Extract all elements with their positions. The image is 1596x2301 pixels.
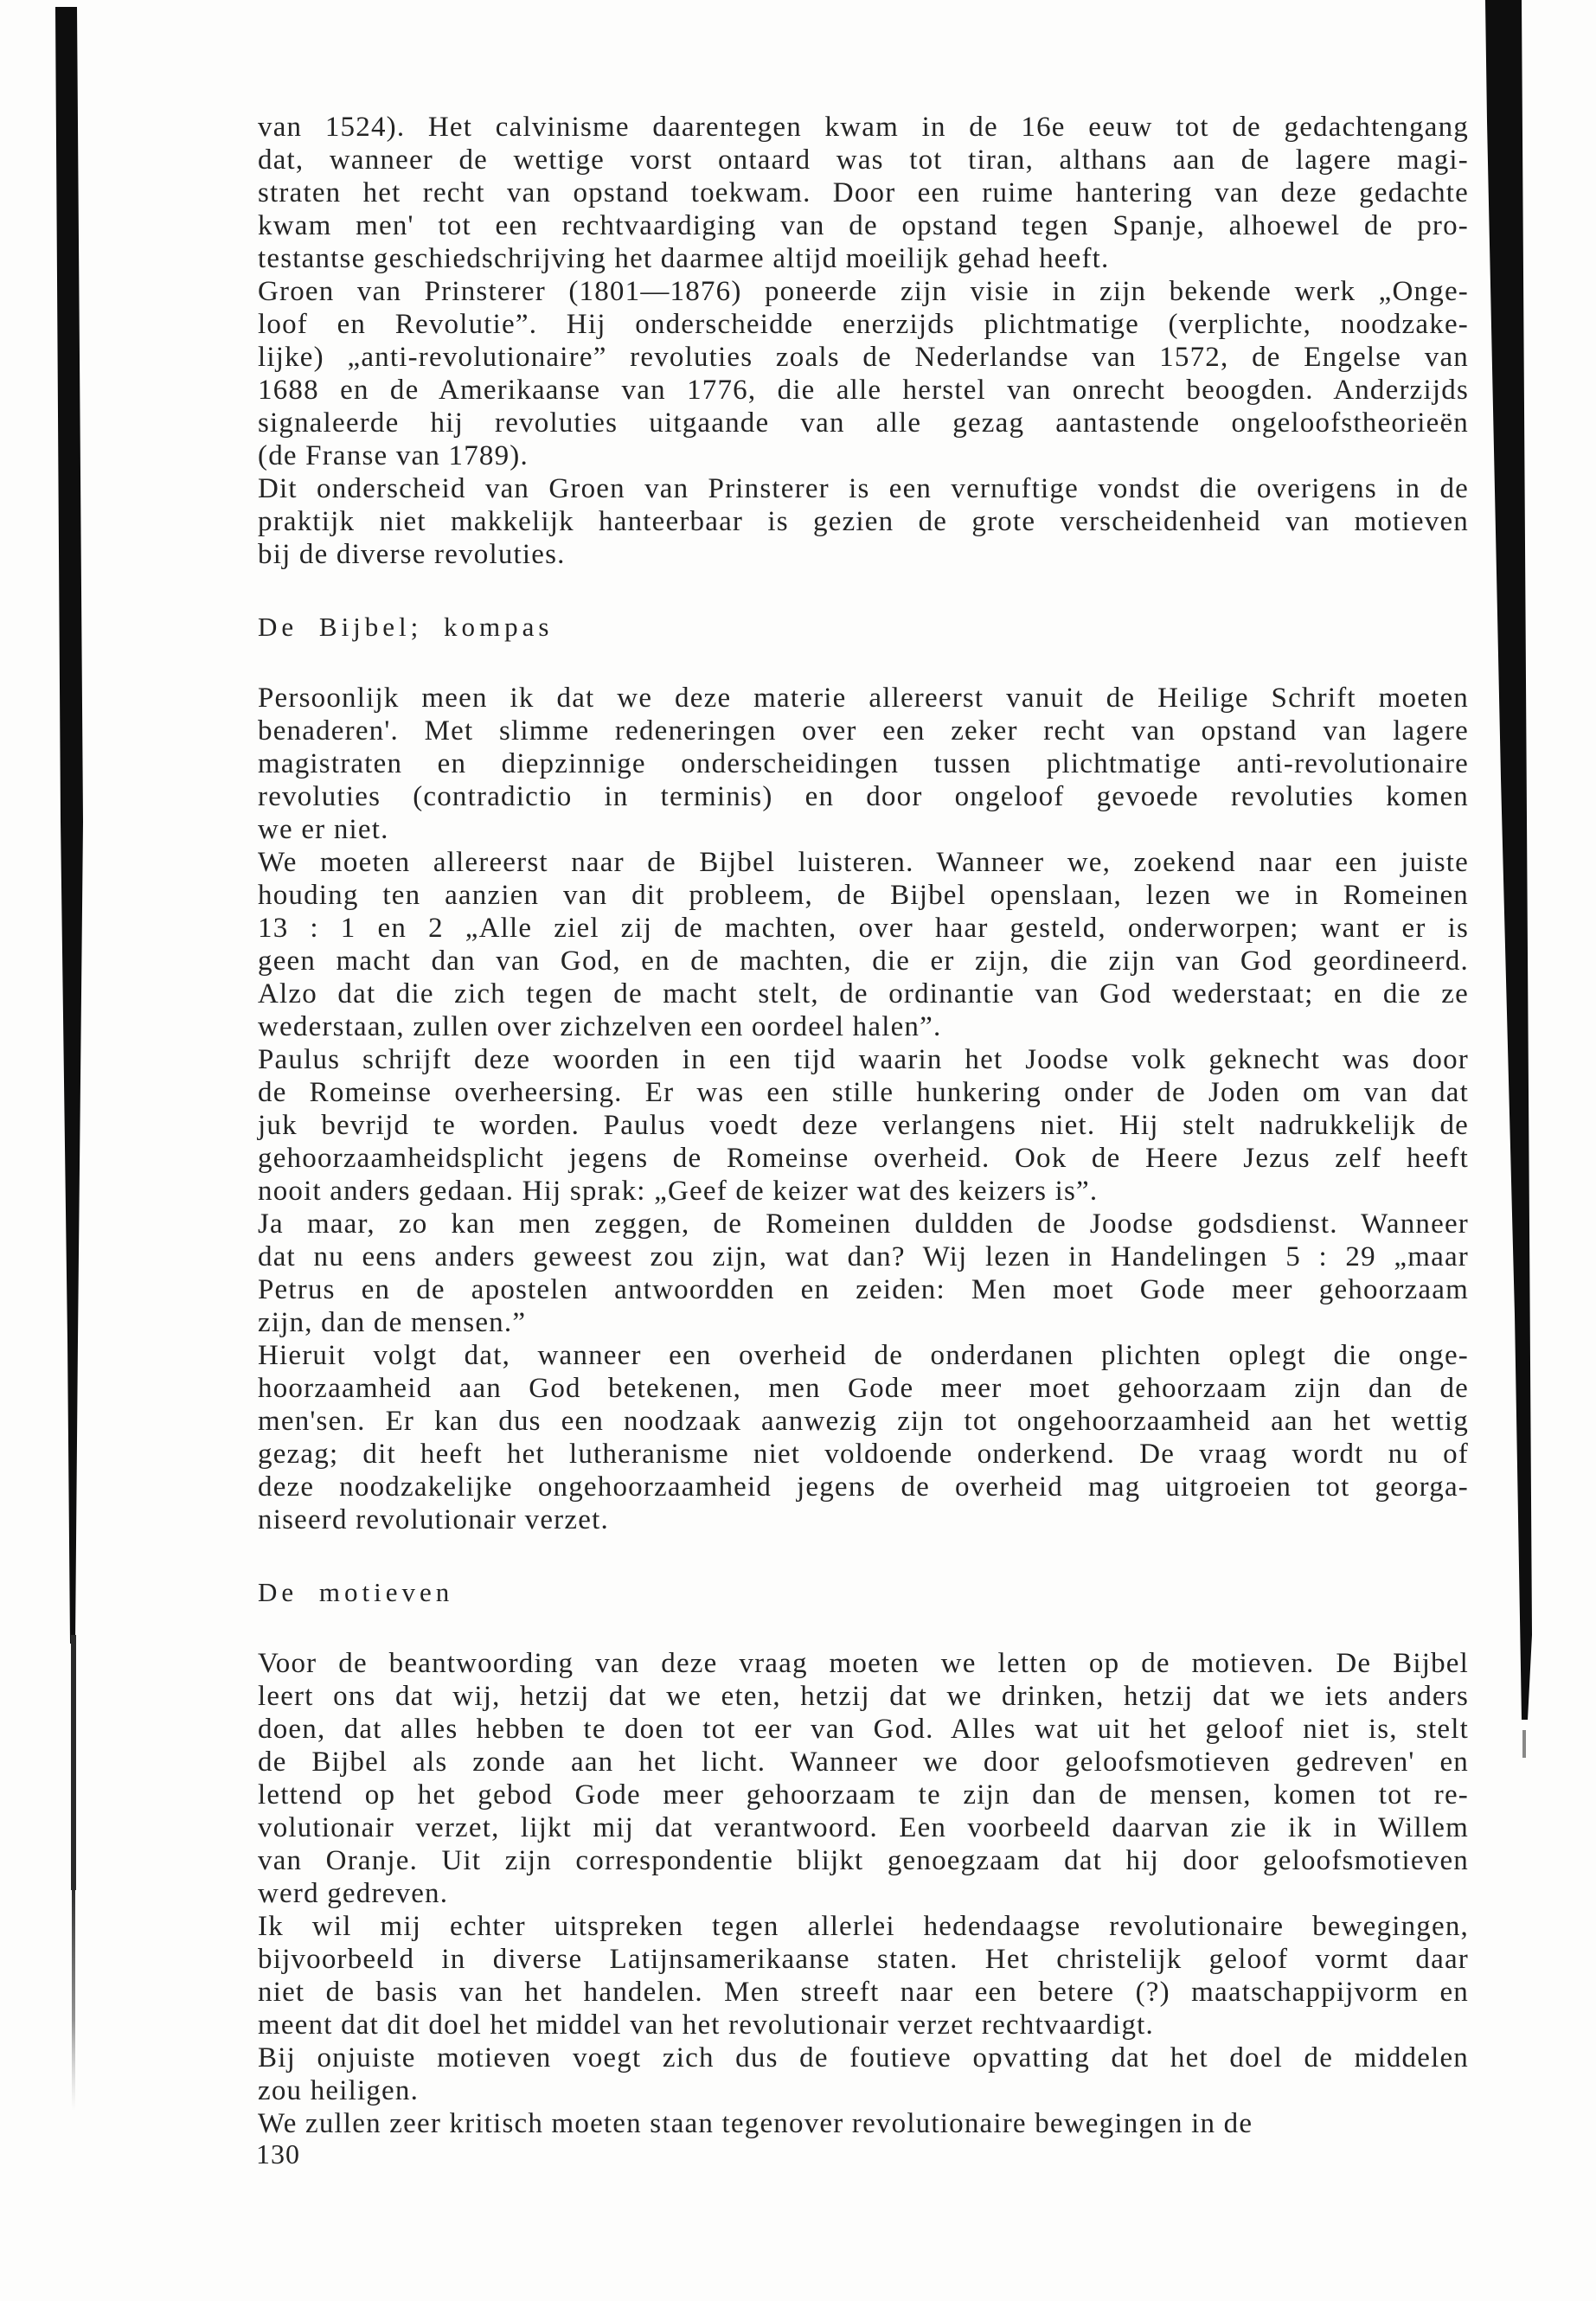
text-line: 1688 en de Amerikaanse van 1776, die all…	[258, 374, 1469, 407]
text-line: deze noodzakelijke ongehoorzaamheid jege…	[258, 1471, 1469, 1503]
scan-artifact-left-bar-fade	[72, 1886, 75, 2111]
paragraph: Voor de beantwoording van deze vraag moe…	[258, 1647, 1469, 1910]
text-line: de Romeinse overheersing. Er was een sti…	[258, 1076, 1469, 1109]
text-line: loof en Revolutie”. Hij onderscheidde en…	[258, 308, 1469, 341]
text-line: Groen van Prinsterer (1801—1876) poneerd…	[258, 275, 1469, 308]
text-line: Persoonlijk meen ik dat we deze materie …	[258, 682, 1469, 715]
text-line: van 1524). Het calvinisme daarentegen kw…	[258, 111, 1469, 144]
text-line: niseerd revolutionair verzet.	[258, 1503, 1469, 1536]
text-line: bij de diverse revoluties.	[258, 538, 1469, 571]
paragraph: We zullen zeer kritisch moeten staan teg…	[258, 2107, 1469, 2140]
scan-artifact-right-dash	[1522, 1730, 1526, 1758]
scanned-page: van 1524). Het calvinisme daarentegen kw…	[0, 0, 1596, 2301]
text-line: lettend op het gebod Gode meer gehoorzaa…	[258, 1779, 1469, 1811]
page-number: 130	[256, 2138, 300, 2170]
text-line: lijke) „anti-revolutionaire” revoluties …	[258, 341, 1469, 374]
text-line: (de Franse van 1789).	[258, 439, 1469, 472]
text-line: kwam men' tot een rechtvaardiging van de…	[258, 209, 1469, 242]
text-line: dat, wanneer de wettige vorst ontaard wa…	[258, 144, 1469, 176]
text-line: gehoorzaamheidsplicht jegens de Romeinse…	[258, 1142, 1469, 1175]
text-line: Dit onderscheid van Groen van Prinsterer…	[258, 472, 1469, 505]
paragraph: Persoonlijk meen ik dat we deze materie …	[258, 682, 1469, 846]
text-line: Petrus en de apostelen antwoordden en ze…	[258, 1273, 1469, 1306]
text-line: werd gedreven.	[258, 1877, 1469, 1910]
text-line: magistraten en diepzinnige onderscheidin…	[258, 747, 1469, 780]
text-line: wederstaan, zullen over zichzelven een o…	[258, 1010, 1469, 1043]
text-line: gezag; dit heeft het lutheranisme niet v…	[258, 1438, 1469, 1471]
text-line: houding ten aanzien van dit probleem, de…	[258, 879, 1469, 912]
scan-artifact-left-bar	[55, 7, 83, 1644]
text-line: 13 : 1 en 2 „Alle ziel zij de machten, o…	[258, 912, 1469, 945]
section-heading: De Bijbel; kompas	[258, 611, 1469, 644]
text-line: bijvoorbeeld in diverse Latijnsamerikaan…	[258, 1943, 1469, 1976]
text-line: dat nu eens anders geweest zou zijn, wat…	[258, 1240, 1469, 1273]
text-line: hoorzaamheid aan God betekenen, men Gode…	[258, 1372, 1469, 1405]
text-line: Hieruit volgt dat, wanneer een overheid …	[258, 1339, 1469, 1372]
paragraph: Paulus schrijft deze woorden in een tijd…	[258, 1043, 1469, 1208]
text-line: Voor de beantwoording van deze vraag moe…	[258, 1647, 1469, 1680]
scan-artifact-right-bar	[1485, 0, 1532, 1720]
section-heading: De motieven	[258, 1576, 1469, 1609]
text-line: zou heiligen.	[258, 2074, 1469, 2107]
text-line: straten het recht van opstand toekwam. D…	[258, 176, 1469, 209]
text-line: niet de basis van het handelen. Men stre…	[258, 1976, 1469, 2009]
paragraph: Ik wil mij echter uitspreken tegen aller…	[258, 1910, 1469, 2041]
paragraph: We moeten allereerst naar de Bijbel luis…	[258, 846, 1469, 1043]
paragraph: Dit onderscheid van Groen van Prinsterer…	[258, 472, 1469, 571]
text-line: Ik wil mij echter uitspreken tegen aller…	[258, 1910, 1469, 1943]
paragraph: Groen van Prinsterer (1801—1876) poneerd…	[258, 275, 1469, 472]
paragraph: van 1524). Het calvinisme daarentegen kw…	[258, 111, 1469, 275]
text-line: signaleerde hij revoluties uitgaande van…	[258, 407, 1469, 439]
text-line: juk bevrijd te worden. Paulus voedt deze…	[258, 1109, 1469, 1142]
text-line: nooit anders gedaan. Hij sprak: „Geef de…	[258, 1175, 1469, 1208]
text-line: We moeten allereerst naar de Bijbel luis…	[258, 846, 1469, 879]
paragraph: Ja maar, zo kan men zeggen, de Romeinen …	[258, 1208, 1469, 1339]
text-line: praktijk niet makkelijk hanteerbaar is g…	[258, 505, 1469, 538]
text-block: van 1524). Het calvinisme daarentegen kw…	[258, 111, 1469, 2140]
text-line: we er niet.	[258, 813, 1469, 846]
paragraph: Bij onjuiste motieven voegt zich dus de …	[258, 2041, 1469, 2107]
scan-artifact-left-bar-thin	[71, 1635, 76, 1890]
text-line: doen, dat alles hebben te doen tot eer v…	[258, 1713, 1469, 1746]
text-line: testantse geschiedschrijving het daarmee…	[258, 242, 1469, 275]
text-line: benaderen'. Met slimme redeneringen over…	[258, 715, 1469, 747]
text-line: van Oranje. Uit zijn correspondentie bli…	[258, 1844, 1469, 1877]
text-line: Paulus schrijft deze woorden in een tijd…	[258, 1043, 1469, 1076]
text-line: meent dat dit doel het middel van het re…	[258, 2009, 1469, 2041]
text-line: geen macht dan van God, en de machten, d…	[258, 945, 1469, 977]
text-line: leert ons dat wij, hetzij dat we eten, h…	[258, 1680, 1469, 1713]
text-line: Alzo dat die zich tegen de macht stelt, …	[258, 977, 1469, 1010]
text-line: Bij onjuiste motieven voegt zich dus de …	[258, 2041, 1469, 2074]
text-line: zijn, dan de mensen.”	[258, 1306, 1469, 1339]
text-line: volutionair verzet, lijkt mij dat verant…	[258, 1811, 1469, 1844]
text-line: We zullen zeer kritisch moeten staan teg…	[258, 2107, 1469, 2140]
text-line: men'sen. Er kan dus een noodzaak aanwezi…	[258, 1405, 1469, 1438]
text-line: revoluties (contradictio in terminis) en…	[258, 780, 1469, 813]
text-line: de Bijbel als zonde aan het licht. Wanne…	[258, 1746, 1469, 1779]
text-line: Ja maar, zo kan men zeggen, de Romeinen …	[258, 1208, 1469, 1240]
paragraph: Hieruit volgt dat, wanneer een overheid …	[258, 1339, 1469, 1536]
